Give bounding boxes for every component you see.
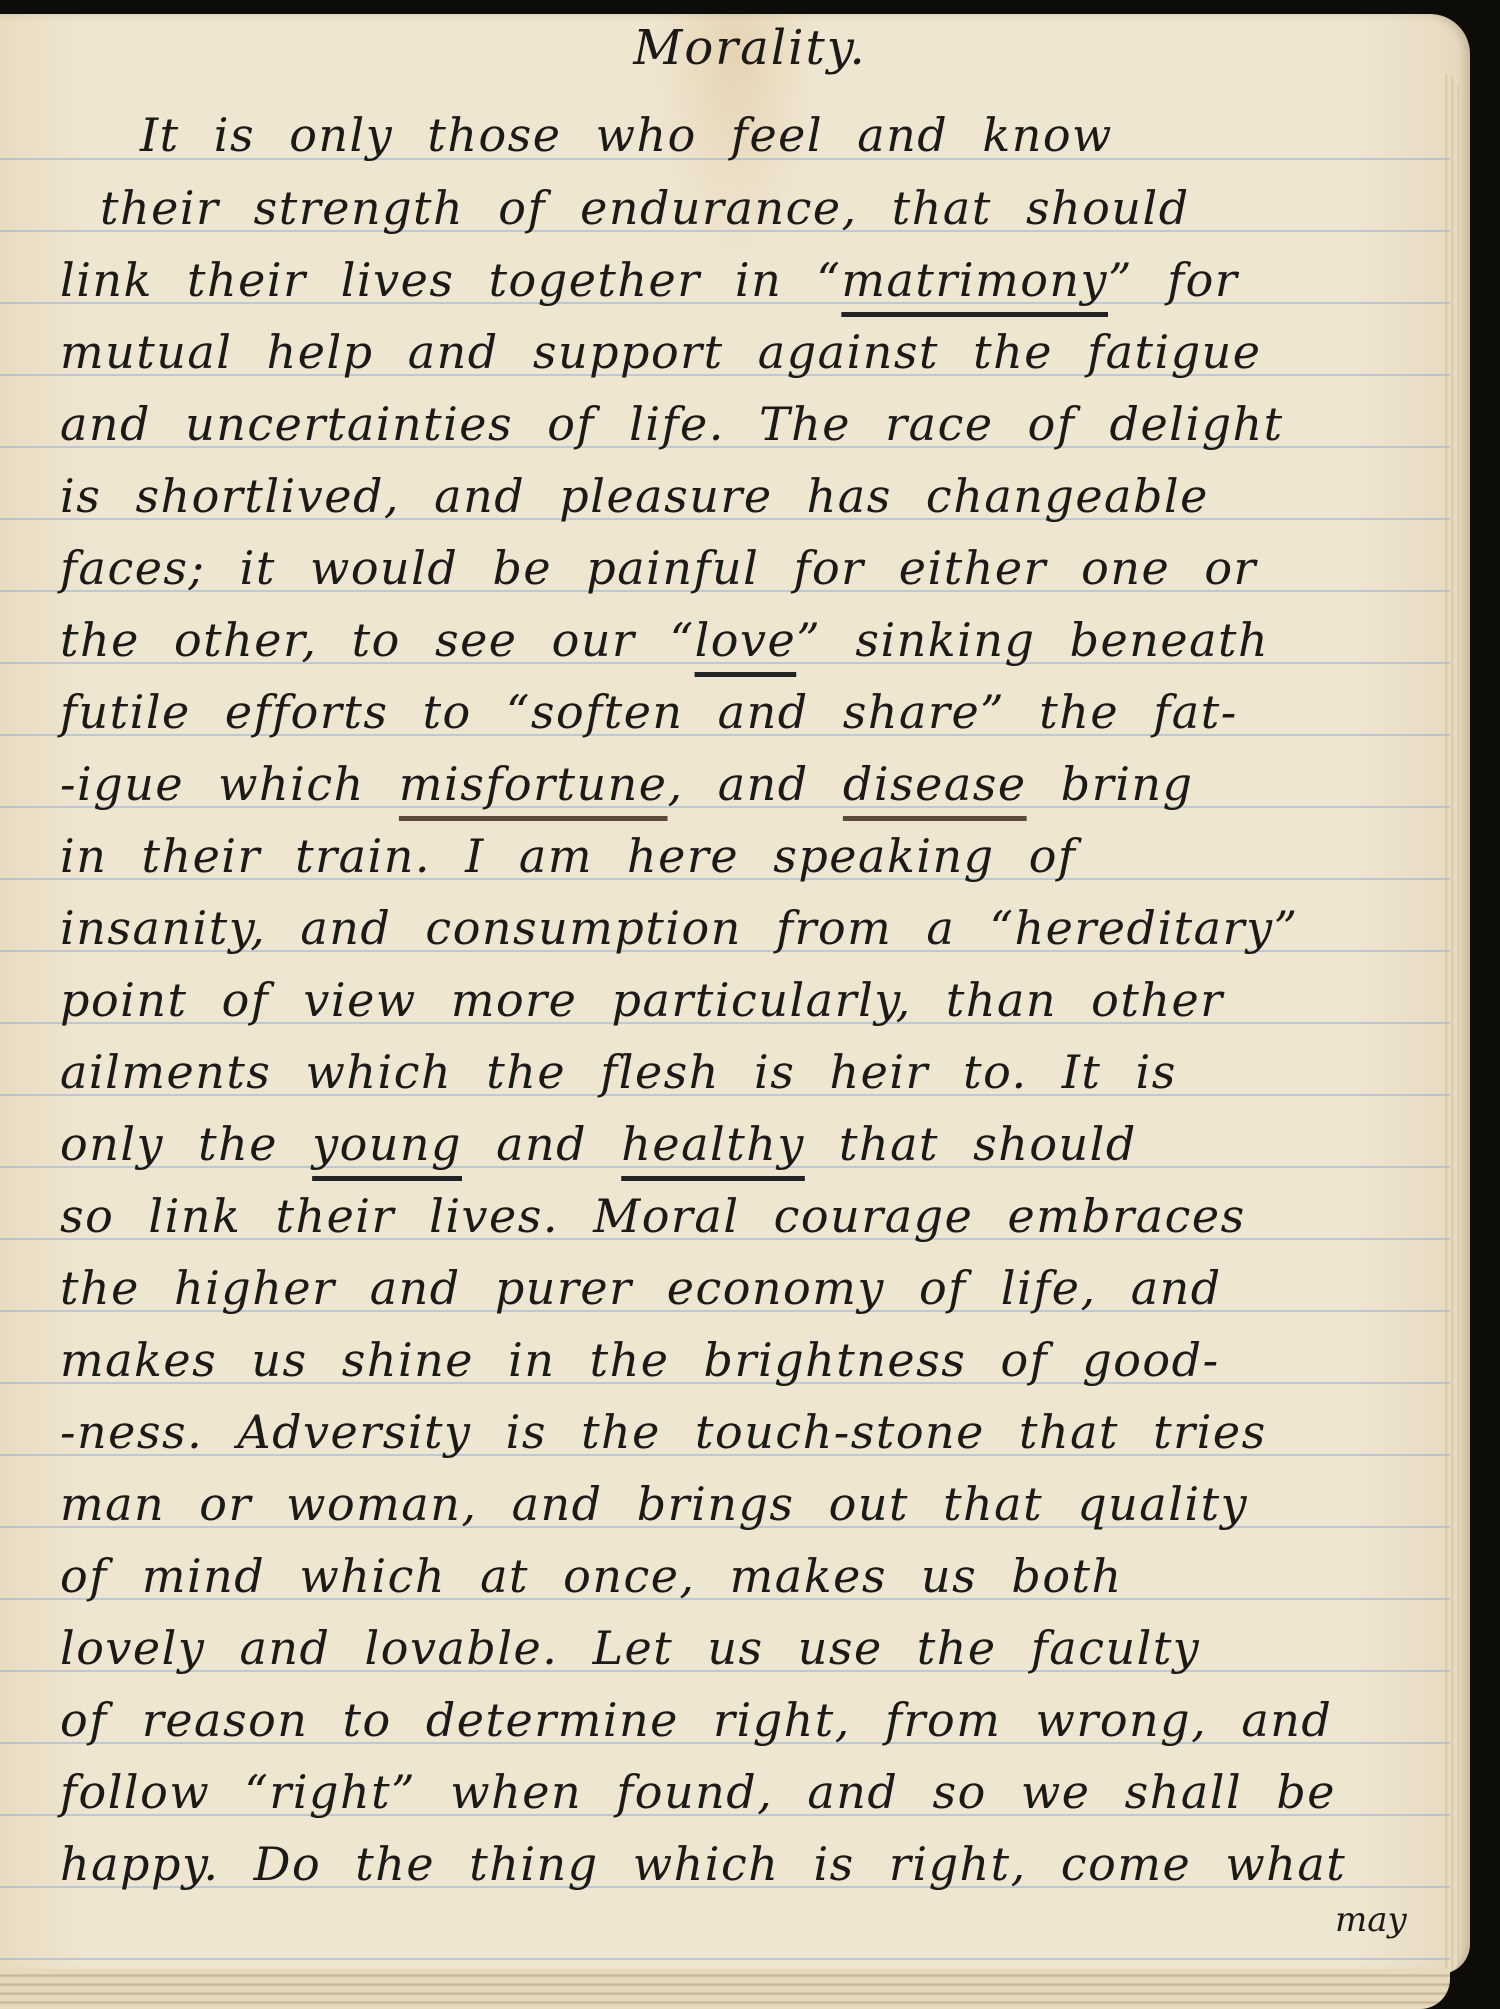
text-line: faces; it would be painful for either on… bbox=[60, 538, 1460, 598]
underlined-word: disease bbox=[843, 757, 1027, 811]
text-line: makes us shine in the brightness of good… bbox=[60, 1330, 1460, 1390]
text-line: insanity, and consumption from a “heredi… bbox=[60, 898, 1460, 958]
page-title: Morality. bbox=[0, 20, 1500, 76]
text-line: link their lives together in “matrimony”… bbox=[60, 250, 1460, 310]
underlined-word: misfortune bbox=[399, 757, 668, 811]
underlined-word: matrimony bbox=[841, 253, 1108, 307]
text-line: futile efforts to “soften and share” the… bbox=[60, 682, 1460, 742]
text-line: only the young and healthy that should bbox=[60, 1114, 1460, 1174]
underlined-word: love bbox=[695, 613, 797, 667]
text-line: lovely and lovable. Let us use the facul… bbox=[60, 1618, 1460, 1678]
text-line: ailments which the flesh is heir to. It … bbox=[60, 1042, 1460, 1102]
text-line: It is only those who feel and know bbox=[140, 105, 1500, 165]
text-line: happy. Do the thing which is right, come… bbox=[60, 1834, 1460, 1894]
text-line: and uncertainties of life. The race of d… bbox=[60, 394, 1460, 454]
ruled-line bbox=[0, 1958, 1450, 1960]
text-line: -ness. Adversity is the touch-stone that… bbox=[60, 1402, 1460, 1462]
text-line: follow “right” when found, and so we sha… bbox=[60, 1762, 1460, 1822]
text-line: man or woman, and brings out that qualit… bbox=[60, 1474, 1460, 1534]
trailing-word: may bbox=[1335, 1900, 1407, 1940]
text-line: the other, to see our “love” sinking ben… bbox=[60, 610, 1460, 670]
text-line: point of view more particularly, than ot… bbox=[60, 970, 1460, 1030]
page-stack-bottom bbox=[0, 1969, 1450, 2004]
text-line: so link their lives. Moral courage embra… bbox=[60, 1186, 1460, 1246]
underlined-word: young bbox=[312, 1117, 462, 1171]
text-line: their strength of endurance, that should bbox=[100, 178, 1500, 238]
text-line: of mind which at once, makes us both bbox=[60, 1546, 1460, 1606]
text-line: the higher and purer economy of life, an… bbox=[60, 1258, 1460, 1318]
text-line: -igue which misfortune, and disease brin… bbox=[60, 754, 1460, 814]
text-line: of reason to determine right, from wrong… bbox=[60, 1690, 1460, 1750]
text-line: is shortlived, and pleasure has changeab… bbox=[60, 466, 1460, 526]
underlined-word: healthy bbox=[621, 1117, 805, 1171]
text-line: mutual help and support against the fati… bbox=[60, 322, 1460, 382]
text-line: in their train. I am here speaking of bbox=[60, 826, 1460, 886]
